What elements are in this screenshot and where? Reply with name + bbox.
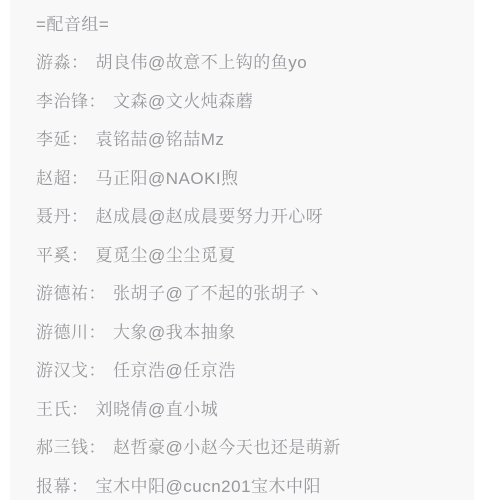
colon-separator: ： [71, 48, 89, 73]
actor-handle: 袁铭喆@铭喆Mz [96, 125, 225, 150]
actor-handle: 宝木中阳@cucn201宝木中阳 [96, 472, 322, 497]
credit-line: 李延：袁铭喆@铭喆Mz [36, 119, 474, 158]
role-name: 游德祐 [36, 279, 89, 304]
credit-line: 郝三钱：赵哲豪@小赵今天也还是萌新 [36, 427, 474, 466]
actor-handle: 赵哲豪@小赵今天也还是萌新 [113, 433, 341, 458]
actor-handle: 大象@我本抽象 [113, 318, 236, 343]
actor-handle: 任京浩@任京浩 [113, 356, 236, 381]
role-name: 郝三钱 [36, 433, 89, 458]
credit-line: 游汉戈：任京浩@任京浩 [36, 350, 474, 389]
colon-separator: ： [89, 433, 107, 458]
credit-line: 游德祐：张胡子@了不起的张胡子丶 [36, 273, 474, 312]
colon-separator: ： [71, 395, 89, 420]
page: { "colors": { "page_background": "#fffff… [0, 0, 496, 500]
actor-handle: 马正阳@NAOKI煦 [96, 164, 239, 189]
colon-separator: ： [71, 164, 89, 189]
colon-separator: ： [89, 356, 107, 381]
actor-handle: 刘晓倩@直小城 [96, 395, 219, 420]
credits-panel: =配音组= 游淼：胡良伟@故意不上钩的鱼yo 李治锋：文森@文火炖森蘑 李延：袁… [10, 0, 474, 500]
actor-handle: 张胡子@了不起的张胡子丶 [113, 279, 323, 304]
role-name: 聂丹 [36, 202, 71, 227]
credit-line: 平奚：夏觅尘@尘尘觅夏 [36, 234, 474, 273]
role-name: 游汉戈 [36, 356, 89, 381]
actor-handle: 夏觅尘@尘尘觅夏 [96, 241, 236, 266]
colon-separator: ： [71, 125, 89, 150]
role-name: 李延 [36, 125, 71, 150]
credit-line: 游德川：大象@我本抽象 [36, 311, 474, 350]
role-name: 平奚 [36, 241, 71, 266]
role-name: 报幕 [36, 472, 71, 497]
colon-separator: ： [71, 472, 89, 497]
credit-line: 报幕：宝木中阳@cucn201宝木中阳 [36, 465, 474, 500]
credit-line: 游淼：胡良伟@故意不上钩的鱼yo [36, 42, 474, 81]
actor-handle: 赵成晨@赵成晨要努力开心呀 [96, 202, 324, 227]
colon-separator: ： [89, 318, 107, 343]
role-name: 游淼 [36, 48, 71, 73]
colon-separator: ： [89, 87, 107, 112]
section-header: =配音组= [36, 3, 474, 42]
screenshot-canvas: =配音组= 游淼：胡良伟@故意不上钩的鱼yo 李治锋：文森@文火炖森蘑 李延：袁… [0, 0, 496, 500]
colon-separator: ： [71, 202, 89, 227]
role-name: 游德川 [36, 318, 89, 343]
credit-line: 赵超：马正阳@NAOKI煦 [36, 157, 474, 196]
credit-line: 聂丹：赵成晨@赵成晨要努力开心呀 [36, 196, 474, 235]
credit-line: 王氏：刘晓倩@直小城 [36, 388, 474, 427]
colon-separator: ： [89, 279, 107, 304]
role-name: 王氏 [36, 395, 71, 420]
actor-handle: 胡良伟@故意不上钩的鱼yo [96, 48, 308, 73]
colon-separator: ： [71, 241, 89, 266]
actor-handle: 文森@文火炖森蘑 [113, 87, 253, 112]
role-name: 赵超 [36, 164, 71, 189]
role-name: 李治锋 [36, 87, 89, 112]
credit-line: 李治锋：文森@文火炖森蘑 [36, 80, 474, 119]
section-header-text: =配音组= [36, 10, 109, 35]
